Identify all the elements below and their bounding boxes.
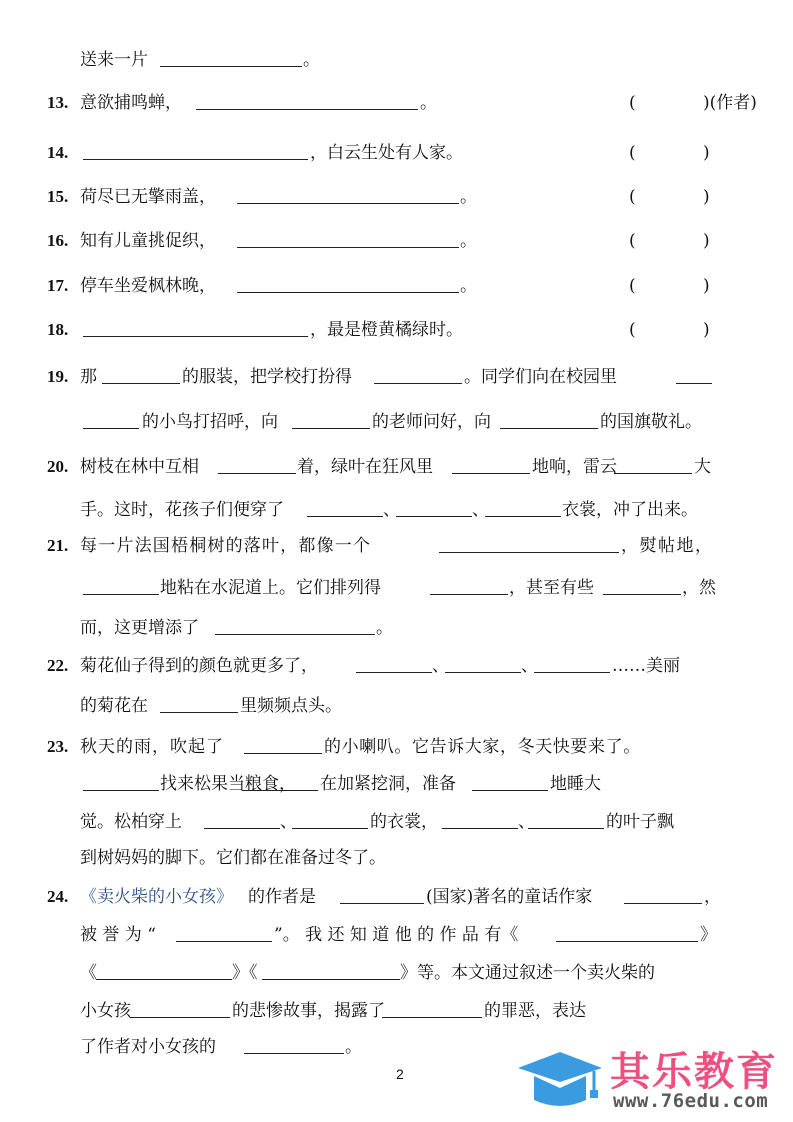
answer-blank[interactable] xyxy=(472,790,548,791)
text: ，甚至有些 xyxy=(509,573,594,603)
question-number: 14. xyxy=(47,138,68,168)
text: 被 誉 为 “ xyxy=(80,920,156,950)
text: 树枝在林中互相 xyxy=(80,452,199,482)
answer-blank[interactable] xyxy=(292,428,370,429)
answer-blank[interactable] xyxy=(237,203,459,204)
answer-blank[interactable] xyxy=(242,790,318,791)
paren-close: ) xyxy=(703,271,710,301)
text: 地粘在水泥道上。它们排列得 xyxy=(160,573,381,603)
text: ，熨帖地， xyxy=(621,531,714,561)
paren-close: ) xyxy=(703,315,710,345)
answer-blank[interactable] xyxy=(244,1053,344,1054)
text: 的作者是 xyxy=(248,882,316,912)
answer-blank[interactable] xyxy=(215,634,375,635)
answer-blank[interactable] xyxy=(83,594,159,595)
text: 。 xyxy=(460,271,477,301)
answer-blank[interactable] xyxy=(356,672,432,673)
paren-open: ( xyxy=(629,182,636,212)
paren-close: ) xyxy=(703,182,710,212)
text: 。 xyxy=(303,45,320,75)
answer-blank[interactable] xyxy=(244,753,322,754)
answer-blank[interactable] xyxy=(442,828,518,829)
answer-blank[interactable] xyxy=(160,712,238,713)
text: 。 xyxy=(345,1032,362,1062)
text: 。 xyxy=(460,226,477,256)
question-number: 18. xyxy=(47,315,68,345)
question-number: 21. xyxy=(47,531,68,561)
text: 的叶子飘 xyxy=(606,807,674,837)
text: 在加紧挖洞，准备 xyxy=(320,769,456,799)
graduation-cap-icon xyxy=(510,1046,608,1116)
text: 小女孩 xyxy=(80,996,131,1026)
answer-blank[interactable] xyxy=(237,292,459,293)
text: 、 xyxy=(521,651,538,681)
text: ……美丽 xyxy=(612,651,680,681)
answer-blank[interactable] xyxy=(196,109,418,110)
answer-blank[interactable] xyxy=(534,672,610,673)
text: 的服装，把学校打扮得 xyxy=(182,362,352,392)
question-number: 19. xyxy=(47,362,68,392)
question-number: 23. xyxy=(47,732,68,762)
answer-blank[interactable] xyxy=(614,473,692,474)
text: 、 xyxy=(432,651,449,681)
text: 每一片法国梧桐树的落叶，都像一个 xyxy=(80,531,371,561)
answer-blank[interactable] xyxy=(292,828,368,829)
answer-blank[interactable] xyxy=(676,383,712,384)
answer-blank[interactable] xyxy=(204,828,280,829)
answer-blank[interactable] xyxy=(83,336,308,337)
answer-blank[interactable] xyxy=(83,428,139,429)
question-number: 22. xyxy=(47,651,68,681)
answer-blank[interactable] xyxy=(500,428,598,429)
answer-blank[interactable] xyxy=(307,516,383,517)
text: 、 xyxy=(472,495,489,525)
text: 的悲惨故事，揭露了 xyxy=(232,996,385,1026)
text: ”。 我 还 知 道 他 的 作 品 有《 xyxy=(274,920,518,950)
text: 。 xyxy=(420,88,437,118)
text: 地睡大 xyxy=(550,769,601,799)
text: 《 xyxy=(80,958,97,988)
text: ， xyxy=(704,882,721,912)
text: 送来一片 xyxy=(80,45,148,75)
text: 到树妈妈的脚下。它们都在准备过冬了。 xyxy=(80,843,386,873)
paren-open: ( xyxy=(629,226,636,256)
question-number: 17. xyxy=(47,271,68,301)
page-number: 2 xyxy=(396,1066,404,1082)
text: 、 xyxy=(383,495,400,525)
paren-close: ) xyxy=(703,138,710,168)
answer-blank[interactable] xyxy=(102,383,180,384)
answer-blank[interactable] xyxy=(160,66,302,67)
brand-name: 其乐教育 xyxy=(610,1040,778,1097)
paren-close-author: )(作者) xyxy=(703,88,757,118)
text: 里频频点头。 xyxy=(240,691,342,721)
paren-open: ( xyxy=(629,315,636,345)
answer-blank[interactable] xyxy=(485,516,561,517)
answer-blank[interactable] xyxy=(528,828,604,829)
answer-blank[interactable] xyxy=(83,159,308,160)
answer-blank-title[interactable] xyxy=(176,941,272,942)
answer-blank[interactable] xyxy=(382,1017,482,1018)
answer-blank-country[interactable] xyxy=(340,903,424,904)
text: 了作者对小女孩的 xyxy=(80,1032,216,1062)
text: 的菊花在 xyxy=(80,691,148,721)
answer-blank[interactable] xyxy=(439,552,619,553)
text: 》 xyxy=(700,920,717,950)
answer-blank-author[interactable] xyxy=(624,903,702,904)
text: 停车坐爱枫林晚， xyxy=(80,271,216,301)
text: 觉。松柏穿上 xyxy=(80,807,182,837)
text: 》《 xyxy=(232,958,258,988)
question-number: 15. xyxy=(47,182,68,212)
text: 、 xyxy=(518,807,535,837)
text: 而，这更增添了 xyxy=(80,613,199,643)
text: ，然 xyxy=(682,573,716,603)
text: 的国旗敬礼。 xyxy=(600,407,702,437)
question-number: 24. xyxy=(47,882,68,912)
question-number: 13. xyxy=(47,88,68,118)
text: 的罪恶，表达 xyxy=(484,996,586,1026)
text: 》等。本文通过叙述一个卖火柴的 xyxy=(400,958,655,988)
text: 地响，雷云 xyxy=(532,452,617,482)
story-title-link[interactable]: 《卖火柴的小女孩》 xyxy=(80,882,233,912)
paren-open: ( xyxy=(629,88,636,118)
text: 找来松果当粮食， xyxy=(160,769,296,799)
text: 的老师问好，向 xyxy=(372,407,491,437)
answer-blank[interactable] xyxy=(83,790,159,791)
text: 。 xyxy=(460,182,477,212)
text: 的小喇叭。它告诉大家，冬天快要来了。 xyxy=(324,732,641,762)
text: 意欲捕鸣蝉， xyxy=(80,88,182,118)
text: 知有儿童挑促织， xyxy=(80,226,216,256)
answer-blank[interactable] xyxy=(603,594,681,595)
paren-open: ( xyxy=(629,271,636,301)
answer-blank-work2[interactable] xyxy=(96,979,232,980)
text: ，白云生处有人家。 xyxy=(310,138,463,168)
paren-close: ) xyxy=(703,226,710,256)
text: 的小鸟打招呼，向 xyxy=(142,407,278,437)
text: 那 xyxy=(80,362,97,392)
brand-url: www.76edu.com xyxy=(613,1090,768,1112)
answer-blank-work1[interactable] xyxy=(556,941,698,942)
answer-blank[interactable] xyxy=(374,383,462,384)
text: 荷尽已无擎雨盖， xyxy=(80,182,216,212)
text: 着，绿叶在狂风里 xyxy=(297,452,433,482)
text: 衣裳，冲了出来。 xyxy=(562,495,698,525)
question-number: 16. xyxy=(47,226,68,256)
text: 。 xyxy=(376,613,393,643)
answer-blank[interactable] xyxy=(452,473,530,474)
text: 手。这时，花孩子们便穿了 xyxy=(80,495,284,525)
watermark-logo: 其乐教育 www.76edu.com xyxy=(510,1040,790,1120)
text: 大 xyxy=(694,452,711,482)
answer-blank[interactable] xyxy=(218,473,296,474)
answer-blank-work3[interactable] xyxy=(262,979,400,980)
text: 。同学们向在校园里 xyxy=(464,362,617,392)
answer-blank[interactable] xyxy=(430,594,508,595)
text: 秋天的雨，吹起了 xyxy=(80,732,224,762)
answer-blank[interactable] xyxy=(445,672,521,673)
text: ，最是橙黄橘绿时。 xyxy=(310,315,463,345)
text: 的衣裳， xyxy=(370,807,438,837)
answer-blank[interactable] xyxy=(130,1017,230,1018)
answer-blank[interactable] xyxy=(396,516,472,517)
question-number: 20. xyxy=(47,452,68,482)
text: 菊花仙子得到的颜色就更多了， xyxy=(80,651,318,681)
paren-open: ( xyxy=(629,138,636,168)
answer-blank[interactable] xyxy=(237,247,459,248)
text: 、 xyxy=(280,807,297,837)
text: (国家)著名的童话作家 xyxy=(426,882,592,912)
